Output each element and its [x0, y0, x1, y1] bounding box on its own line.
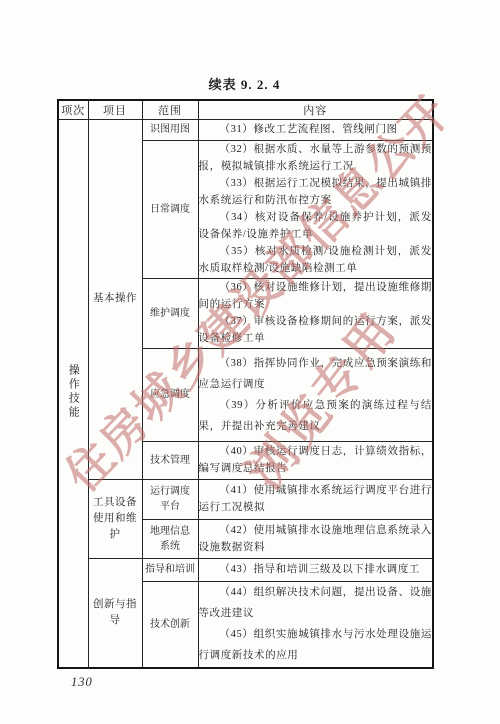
- scope-cell: 维护调度: [142, 278, 198, 348]
- project-cell-tools-equipment: 工具设备 使用和维护: [88, 479, 142, 558]
- content-cell: （41）使用城镇排水系统运行调度平台进行运行工况模拟: [198, 479, 433, 519]
- content-cell: （38）指挥协同作业，完成应急预案演练和应急运行调度 （39）分析评价应急预案的…: [198, 348, 433, 441]
- content-cell: （31）修改工艺流程图、管线闸门图: [198, 119, 433, 140]
- content-cell: （43）指导和培训三级及以下排水调度工: [198, 558, 433, 581]
- scope-cell: 运行调度 平台: [142, 479, 198, 519]
- project-cell-innovation-guidance: 创新与指导: [88, 558, 142, 668]
- content-item: （43）指导和培训三级及以下排水调度工: [199, 561, 433, 578]
- index-label: 操作技能: [65, 364, 81, 420]
- scope-cell: 技术管理: [142, 441, 198, 479]
- scope-cell: 日常调度: [142, 140, 198, 278]
- table-header-row: 项次 项目 范围 内容: [58, 100, 433, 119]
- content-cell: （42）使用城镇排水设施地理信息系统录入设施数据资料: [198, 519, 433, 558]
- content-item: （38）指挥协同作业，完成应急预案演练和应急运行调度: [199, 353, 433, 395]
- scope-cell: 地理信息 系统: [142, 519, 198, 558]
- content-item: （41）使用城镇排水系统运行调度平台进行运行工况模拟: [199, 482, 433, 516]
- content-item: （35）核对水质检测/设施检测计划，派发水质取样检测/设施缺陷检测工单: [199, 243, 433, 277]
- scope-cell: 技术创新: [142, 581, 198, 668]
- skill-requirements-table: 项次 项目 范围 内容 操作技能 基本操作 识图用图 （31）修改工艺流程图、管…: [57, 99, 434, 669]
- content-item: （31）修改工艺流程图、管线闸门图: [199, 121, 433, 138]
- content-item: （42）使用城镇排水设施地理信息系统录入设施数据资料: [199, 522, 433, 556]
- content-cell: （40）审核运行调度日志，计算绩效指标，编写调度总结报告: [198, 441, 433, 479]
- table-continuation-title: 续表 9. 2. 4: [57, 74, 432, 93]
- header-content: 内容: [198, 100, 433, 119]
- header-project: 项目: [88, 100, 142, 119]
- scope-cell: 应急调度: [142, 348, 198, 441]
- content-item: （45）组织实施城镇排水与污水处理设施运行调度新技术的应用: [199, 624, 433, 666]
- header-index: 项次: [58, 100, 88, 119]
- index-cell: 操作技能: [58, 119, 88, 668]
- content-item: （32）根据水质、水量等上游参数的预测预报，模拟城镇排水系统运行工况: [199, 141, 433, 175]
- table-row: 创新与指导 指导和培训 （43）指导和培训三级及以下排水调度工: [58, 558, 433, 581]
- content-cell: （36）核对设施维修计划，提出设施维修期间的运行方案 （37）审核设备检修期间的…: [198, 278, 433, 348]
- scope-cell: 识图用图: [142, 119, 198, 140]
- scope-cell: 指导和培训: [142, 558, 198, 581]
- content-item: （39）分析评价应急预案的演练过程与结果，并提出补充完善建议: [199, 395, 433, 437]
- content-item: （44）组织解决技术问题，提出设备、设施等改进建议: [199, 582, 433, 624]
- page-number: 130: [71, 675, 93, 690]
- project-cell-basic-operation: 基本操作: [88, 119, 142, 479]
- header-scope: 范围: [142, 100, 198, 119]
- content-item: （37）审核设备检修期间的运行方案，派发设备检修工单: [199, 313, 433, 347]
- content-item: （40）审核运行调度日志，计算绩效指标，编写调度总结报告: [199, 443, 433, 477]
- content-item: （36）核对设施维修计划，提出设施维修期间的运行方案: [199, 279, 433, 313]
- content-cell: （32）根据水质、水量等上游参数的预测预报，模拟城镇排水系统运行工况 （33）根…: [198, 140, 433, 278]
- content-item: （33）根据运行工况模拟结果，提出城镇排水系统运行和防汛布控方案: [199, 175, 433, 209]
- document-page: 住房城乡建设部信息公开 浏览专用 续表 9. 2. 4 项次 项目 范围 内容 …: [0, 0, 500, 724]
- content-item: （34）核对设备保养/设施养护计划，派发设备保养/设施养护工单: [199, 209, 433, 243]
- content-cell: （44）组织解决技术问题，提出设备、设施等改进建议 （45）组织实施城镇排水与污…: [198, 581, 433, 668]
- table-row: 操作技能 基本操作 识图用图 （31）修改工艺流程图、管线闸门图: [58, 119, 433, 140]
- table-row: 工具设备 使用和维护 运行调度 平台 （41）使用城镇排水系统运行调度平台进行运…: [58, 479, 433, 519]
